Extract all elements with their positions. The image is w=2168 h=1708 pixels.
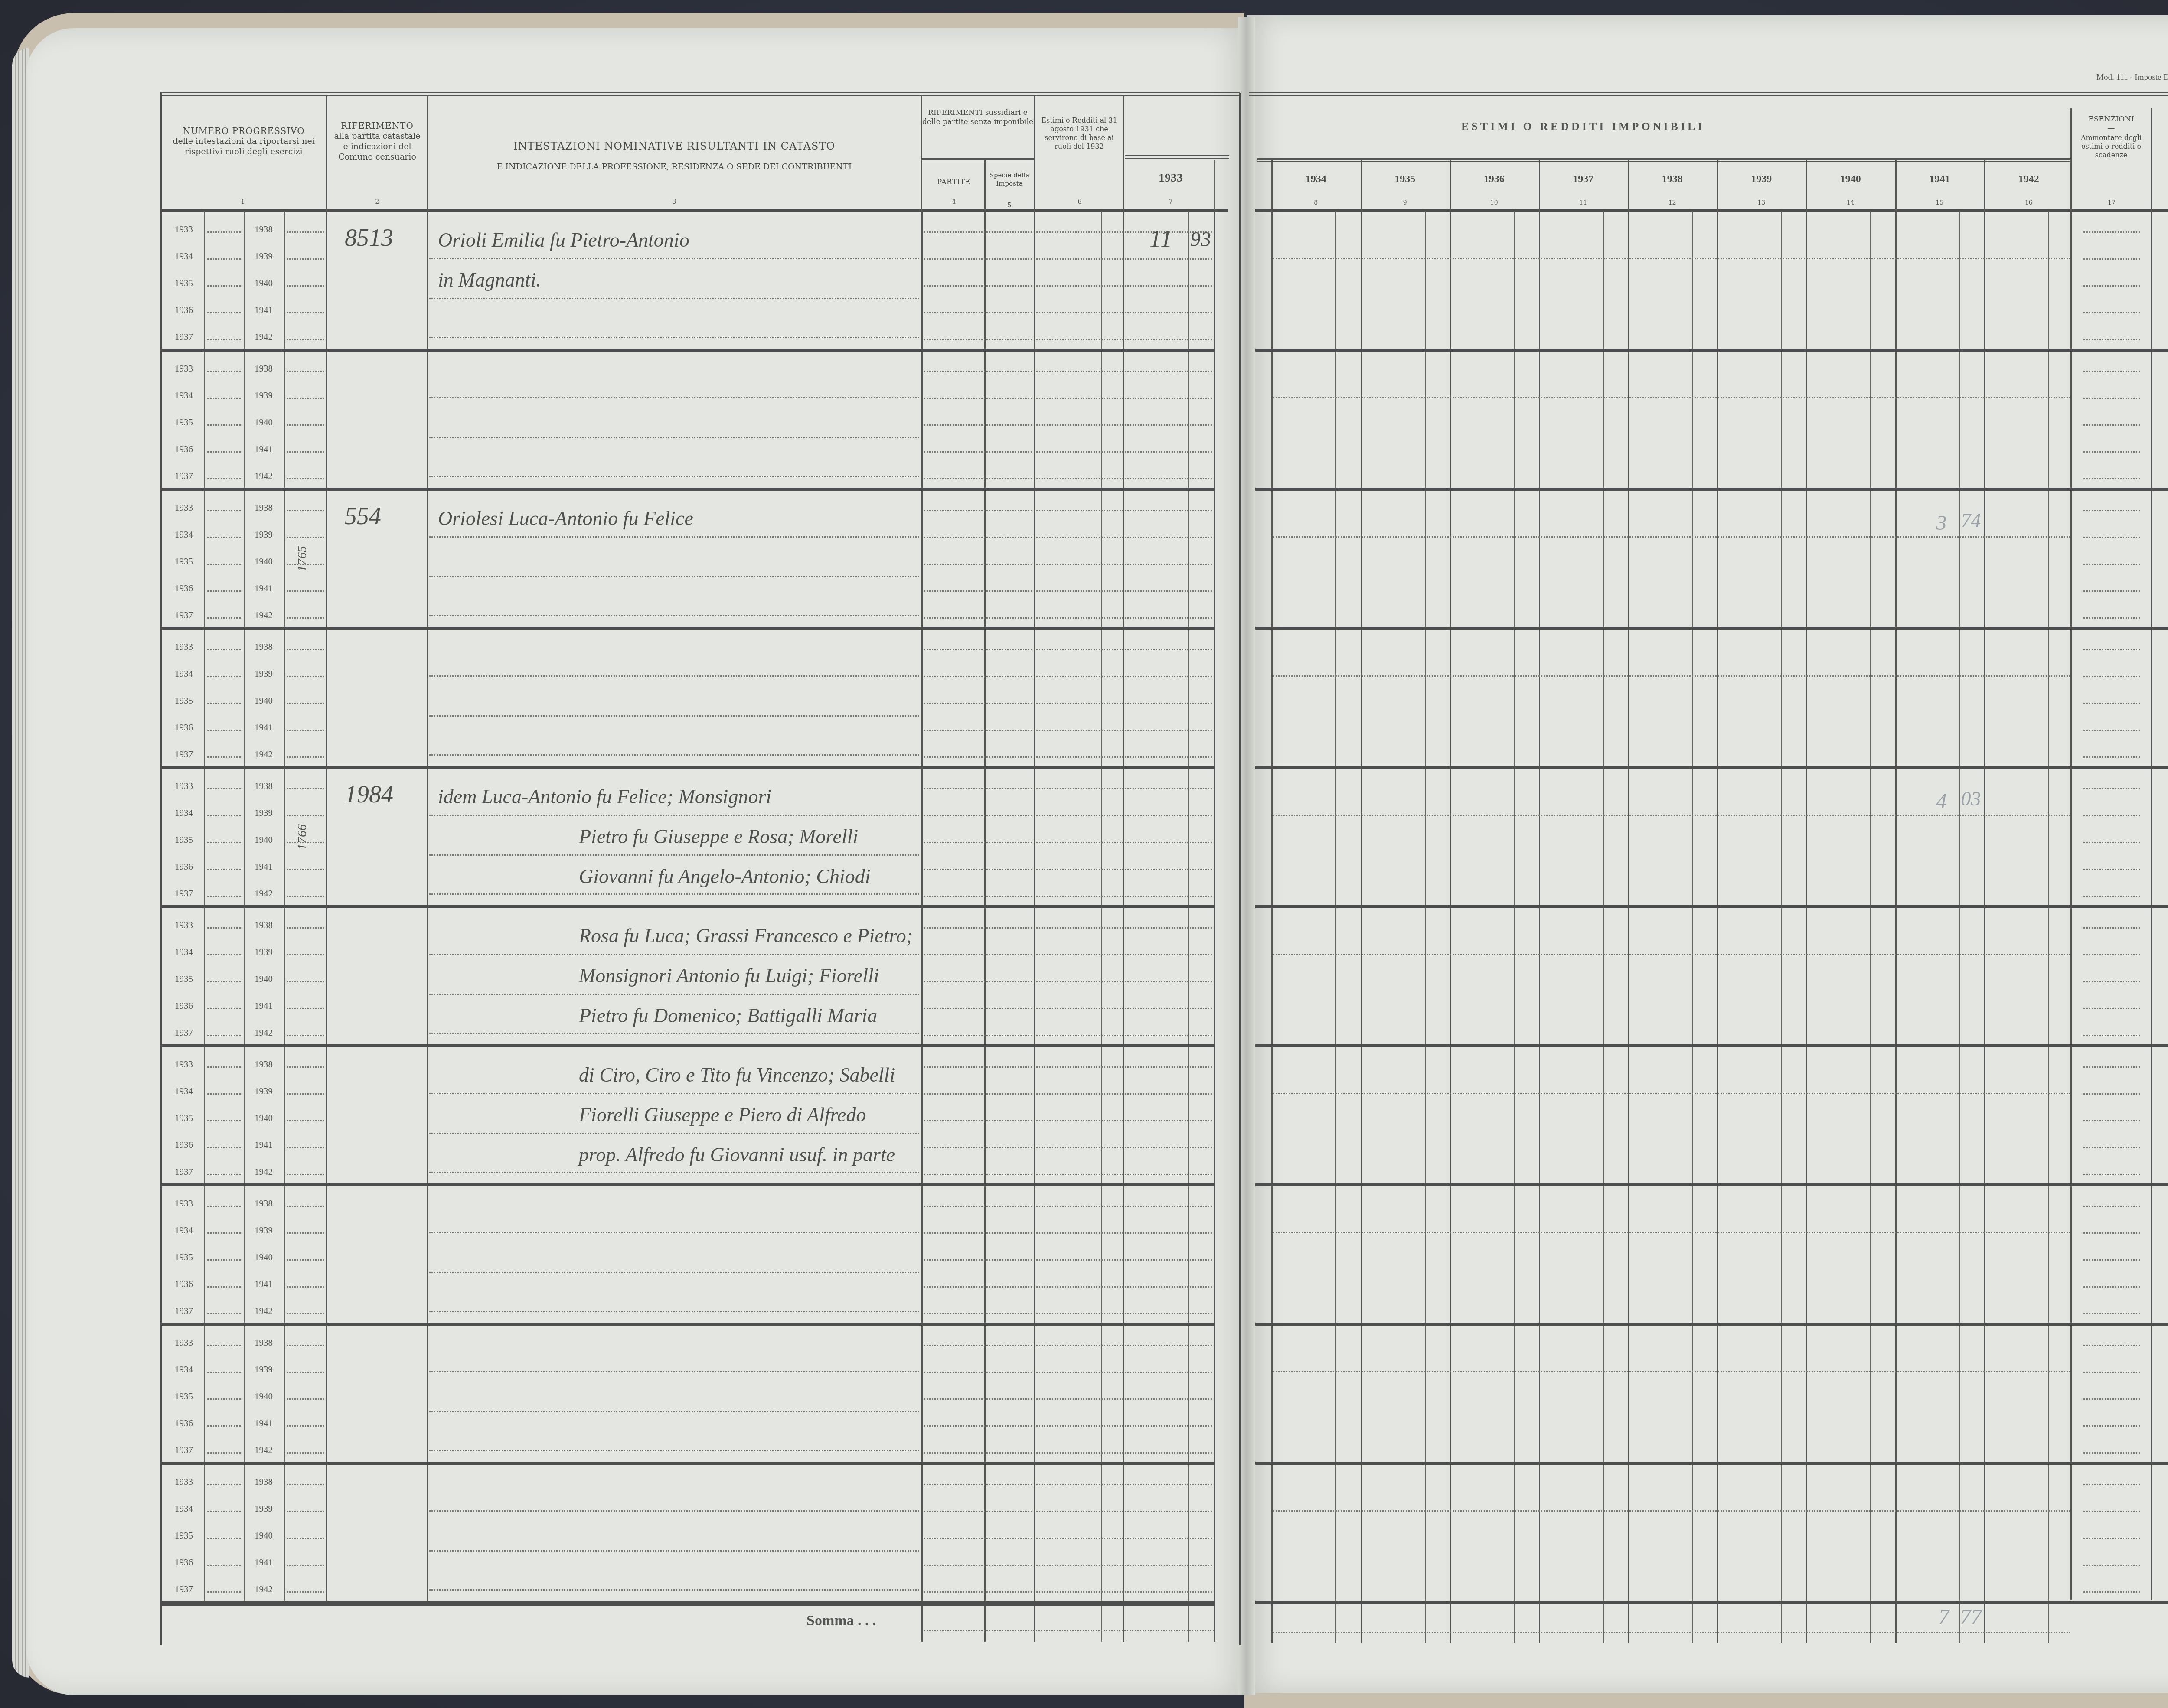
header-col4-5-group: RIFERIMENTI sussidiari e delle partite s… <box>922 108 1034 127</box>
year-label-left: 1934 <box>167 390 201 401</box>
year-label-left: 1933 <box>167 1198 201 1209</box>
year-label-left: 1936 <box>167 1279 201 1290</box>
intestazione-line: Oriolesi Luca-Antonio fu Felice <box>438 507 693 530</box>
header-col1-number: 1 <box>234 199 251 205</box>
side-number: 1765 <box>295 546 310 572</box>
year-label-left: 1937 <box>167 471 201 482</box>
year-label-left: 1934 <box>167 251 201 262</box>
year-column-header: 1938 <box>1628 173 1717 185</box>
year-label-right: 1940 <box>246 1113 281 1124</box>
year-label-left: 1935 <box>167 556 201 567</box>
year-label-left: 1935 <box>167 1113 201 1124</box>
year-column-number: 16 <box>2020 199 2037 206</box>
year-label-right: 1939 <box>246 1503 281 1514</box>
year-label-right: 1939 <box>246 1086 281 1097</box>
year-column-number: 11 <box>1574 199 1592 206</box>
year-label-right: 1938 <box>246 1059 281 1070</box>
year-label-left: 1934 <box>167 1364 201 1375</box>
year-label-left: 1935 <box>167 695 201 706</box>
year-label-right: 1941 <box>246 1557 281 1568</box>
header-col6: Estimi o Redditi al 31 agosto 1931 che s… <box>1036 116 1122 151</box>
partita-number: 554 <box>345 502 381 530</box>
year-label-right: 1939 <box>246 808 281 818</box>
year-column-header: 1942 <box>1984 173 2073 185</box>
intestazione-line: Fiorelli Giuseppe e Piero di Alfredo <box>579 1103 866 1126</box>
year-label-right: 1938 <box>246 363 281 374</box>
year-column-header: 1935 <box>1361 173 1450 185</box>
form-label: Mod. 111 - Imposte Dirette (Intercalare)… <box>2096 73 2168 82</box>
header-col1-subtitle: delle intestazioni da riportarsi nei ris… <box>161 137 326 157</box>
left-page <box>26 28 1247 1695</box>
year-label-right: 1942 <box>246 1445 281 1456</box>
year-label-left: 1937 <box>167 1167 201 1177</box>
header-col5-number: 5 <box>1001 202 1018 209</box>
col7-value-int: 11 <box>1149 224 1172 253</box>
year-label-left: 1934 <box>167 808 201 818</box>
year-label-right: 1942 <box>246 1027 281 1038</box>
year-label-right: 1942 <box>246 888 281 899</box>
header-col2-title: RIFERIMENTO <box>327 121 427 131</box>
year-label-right: 1939 <box>246 1364 281 1375</box>
header-col17: ESENZIONI — Ammontare degli estimi o red… <box>2072 115 2151 160</box>
year-label-left: 1937 <box>167 888 201 899</box>
header-col5: Specie della Imposta <box>986 171 1033 188</box>
year-label-left: 1936 <box>167 305 201 316</box>
year-label-right: 1938 <box>246 1477 281 1487</box>
header-col4: PARTITE <box>923 178 984 187</box>
year-label-left: 1936 <box>167 861 201 872</box>
intestazione-line: Giovanni fu Angelo-Antonio; Chiodi <box>579 865 870 888</box>
year-column-number: 13 <box>1753 199 1770 206</box>
header-col7-number: 7 <box>1162 199 1179 205</box>
year-label-right: 1938 <box>246 1337 281 1348</box>
header-col3-number: 3 <box>666 199 683 205</box>
year-label-left: 1936 <box>167 1557 201 1568</box>
year-label-left: 1936 <box>167 722 201 733</box>
year-label-right: 1940 <box>246 1391 281 1402</box>
somma-value-int: 7 <box>1939 1604 1949 1629</box>
year-label-left: 1937 <box>167 610 201 621</box>
year-label-right: 1941 <box>246 861 281 872</box>
year-column-number: 8 <box>1307 199 1325 206</box>
year-column-number: 9 <box>1396 199 1414 206</box>
year-column-header: 1939 <box>1717 173 1806 185</box>
year-label-left: 1934 <box>167 1503 201 1514</box>
year-label-right: 1940 <box>246 417 281 428</box>
year-label-right: 1941 <box>246 1001 281 1011</box>
year-label-right: 1942 <box>246 610 281 621</box>
year-label-right: 1941 <box>246 1418 281 1429</box>
intestazione-line: in Magnanti. <box>438 268 541 291</box>
year-column-header: 1937 <box>1539 173 1628 185</box>
year-label-right: 1941 <box>246 305 281 316</box>
somma-label: Somma . . . <box>806 1613 876 1629</box>
year-column-header: 1936 <box>1450 173 1539 185</box>
year-label-left: 1933 <box>167 1337 201 1348</box>
year-label-right: 1939 <box>246 251 281 262</box>
year-label-left: 1934 <box>167 1225 201 1236</box>
year-label-left: 1935 <box>167 1252 201 1263</box>
year-label-left: 1935 <box>167 834 201 845</box>
year-label-right: 1942 <box>246 1306 281 1317</box>
header-col7-year: 1933 <box>1125 171 1216 185</box>
year-label-right: 1942 <box>246 332 281 342</box>
year-label-right: 1939 <box>246 1225 281 1236</box>
year-label-left: 1937 <box>167 332 201 342</box>
estimo-value-dec: 74 <box>1961 509 1981 532</box>
year-label-left: 1937 <box>167 1306 201 1317</box>
intestazione-line: Monsignori Antonio fu Luigi; Fiorelli <box>579 964 879 987</box>
intestazione-line: idem Luca-Antonio fu Felice; Monsignori <box>438 785 771 808</box>
year-label-left: 1933 <box>167 781 201 792</box>
year-label-right: 1941 <box>246 1140 281 1151</box>
estimo-value-int: 4 <box>1936 789 1947 813</box>
year-label-left: 1937 <box>167 1027 201 1038</box>
year-label-right: 1942 <box>246 1584 281 1595</box>
year-column-number: 12 <box>1664 199 1681 206</box>
year-label-left: 1934 <box>167 947 201 958</box>
year-label-right: 1940 <box>246 834 281 845</box>
estimo-value-int: 3 <box>1936 511 1947 535</box>
year-label-right: 1940 <box>246 974 281 984</box>
year-label-left: 1935 <box>167 974 201 984</box>
intestazione-line: prop. Alfredo fu Giovanni usuf. in parte <box>579 1143 895 1166</box>
year-label-left: 1934 <box>167 1086 201 1097</box>
year-label-right: 1939 <box>246 947 281 958</box>
year-label-right: 1942 <box>246 749 281 760</box>
header-col17-dash: — <box>2072 124 2151 133</box>
header-col3-subtitle: E INDICAZIONE DELLA PROFESSIONE, RESIDEN… <box>429 162 919 173</box>
header-col17-title: ESENZIONI <box>2072 115 2151 124</box>
year-column-header: 1934 <box>1271 173 1361 185</box>
year-label-right: 1938 <box>246 781 281 792</box>
year-label-right: 1939 <box>246 529 281 540</box>
estimo-value-dec: 03 <box>1961 787 1981 810</box>
year-label-right: 1940 <box>246 695 281 706</box>
year-label-left: 1933 <box>167 1477 201 1487</box>
year-label-right: 1939 <box>246 390 281 401</box>
year-label-right: 1938 <box>246 642 281 652</box>
header-col2-number: 2 <box>369 199 386 205</box>
right-page <box>1247 15 2168 1693</box>
year-label-left: 1936 <box>167 444 201 455</box>
year-column-number: 10 <box>1486 199 1503 206</box>
partita-number: 1984 <box>345 781 393 808</box>
year-label-right: 1942 <box>246 1167 281 1177</box>
year-label-right: 1938 <box>246 224 281 235</box>
intestazione-line: di Ciro, Ciro e Tito fu Vincenzo; Sabell… <box>579 1063 895 1086</box>
header-col6-number: 6 <box>1071 199 1088 205</box>
intestazione-line: Orioli Emilia fu Pietro-Antonio <box>438 228 689 251</box>
year-label-left: 1936 <box>167 1001 201 1011</box>
year-label-left: 1933 <box>167 502 201 513</box>
header-col17-subtitle: Ammontare degli estimi o redditi e scade… <box>2072 134 2151 160</box>
year-label-left: 1935 <box>167 278 201 289</box>
year-label-left: 1933 <box>167 642 201 652</box>
year-column-header: 1940 <box>1806 173 1895 185</box>
year-label-left: 1935 <box>167 1530 201 1541</box>
header-col3-title: INTESTAZIONI NOMINATIVE RISULTANTI IN CA… <box>429 140 919 153</box>
header-col3: INTESTAZIONI NOMINATIVE RISULTANTI IN CA… <box>429 140 919 173</box>
group-title: ESTIMI O REDDITI IMPONIBILI <box>1461 120 1704 133</box>
year-label-left: 1937 <box>167 749 201 760</box>
year-label-right: 1938 <box>246 502 281 513</box>
year-label-right: 1941 <box>246 1279 281 1290</box>
year-label-left: 1936 <box>167 583 201 594</box>
year-label-right: 1940 <box>246 278 281 289</box>
year-label-left: 1937 <box>167 1584 201 1595</box>
year-label-right: 1939 <box>246 668 281 679</box>
somma-value-dec: 77 <box>1960 1604 1982 1629</box>
intestazione-line: Pietro fu Domenico; Battigalli Maria <box>579 1004 877 1027</box>
year-label-right: 1940 <box>246 556 281 567</box>
header-col17-number: 17 <box>2103 199 2120 206</box>
year-label-left: 1937 <box>167 1445 201 1456</box>
year-label-right: 1938 <box>246 1198 281 1209</box>
year-label-left: 1936 <box>167 1418 201 1429</box>
year-label-left: 1933 <box>167 224 201 235</box>
year-label-left: 1933 <box>167 1059 201 1070</box>
col7-value-dec: 93 <box>1190 228 1211 251</box>
year-label-left: 1933 <box>167 363 201 374</box>
header-col1-title: NUMERO PROGRESSIVO <box>161 126 326 137</box>
year-label-right: 1938 <box>246 920 281 931</box>
intestazione-line: Pietro fu Giuseppe e Rosa; Morelli <box>579 825 858 848</box>
year-label-left: 1934 <box>167 668 201 679</box>
header-col2-subtitle: alla partita catastale e indicazioni del… <box>327 131 427 162</box>
year-label-right: 1940 <box>246 1530 281 1541</box>
header-col1: NUMERO PROGRESSIVO delle intestazioni da… <box>161 126 326 157</box>
year-label-left: 1935 <box>167 417 201 428</box>
year-label-left: 1935 <box>167 1391 201 1402</box>
year-label-right: 1941 <box>246 583 281 594</box>
header-col4-number: 4 <box>945 199 963 205</box>
year-column-number: 15 <box>1931 199 1948 206</box>
header-col2: RIFERIMENTO alla partita catastale e ind… <box>327 121 427 162</box>
year-label-left: 1936 <box>167 1140 201 1151</box>
year-label-left: 1934 <box>167 529 201 540</box>
side-number: 1766 <box>295 824 310 850</box>
year-label-right: 1941 <box>246 444 281 455</box>
partita-number: 8513 <box>345 224 393 252</box>
year-label-right: 1940 <box>246 1252 281 1263</box>
year-column-header: 1941 <box>1895 173 1985 185</box>
year-label-right: 1942 <box>246 471 281 482</box>
year-label-left: 1933 <box>167 920 201 931</box>
year-label-right: 1941 <box>246 722 281 733</box>
intestazione-line: Rosa fu Luca; Grassi Francesco e Pietro; <box>579 924 913 947</box>
year-column-number: 14 <box>1842 199 1859 206</box>
